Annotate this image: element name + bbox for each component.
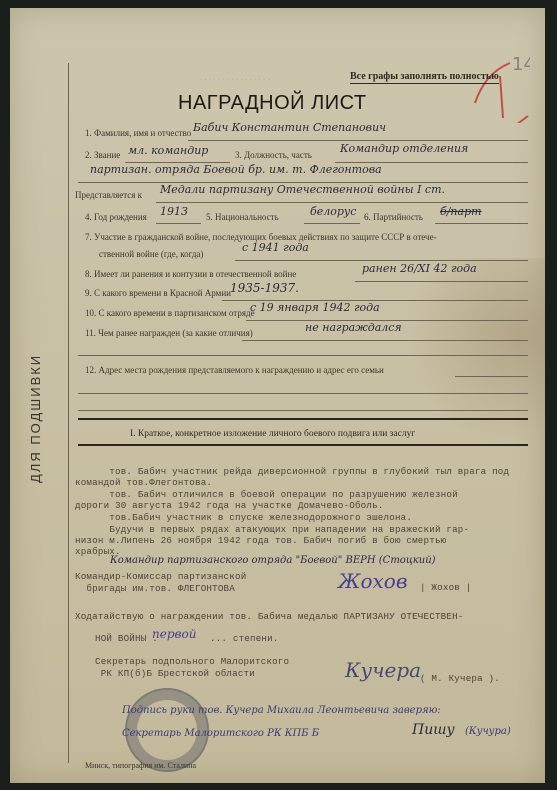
petition-line-1: Ходатайствую о награждении тов. Бабича м… — [75, 611, 464, 622]
fill-all-fields-note: Все графы заполнять полностью — [350, 71, 499, 84]
typed-line: низон м.Липень 26 ноября 1942 года тов. … — [75, 535, 446, 546]
section-heading: I. Краткое, конкретное изложение личного… — [130, 429, 415, 439]
field-1-label: 1. Фамилия, имя и отчество — [85, 128, 191, 138]
commissar-title-1: Командир-Комиссар партизанской — [75, 571, 246, 582]
rule — [78, 393, 528, 394]
field-8-value: ранен 26/XI 42 года — [362, 262, 477, 275]
award-value: Медали партизану Отечественной войны I с… — [160, 183, 445, 196]
red-pencil-mark-icon: 14 — [470, 48, 530, 123]
rule — [455, 376, 528, 377]
petition-line-2-pre: НОЙ ВОЙНЫ . — [95, 633, 158, 644]
field-11-value: не награждался — [305, 321, 402, 334]
field-9-value: 1935-1937. — [230, 281, 299, 295]
certification-signature: Пишу — [412, 722, 455, 738]
secretary-title-2: РК КП(б)Б Брестской области — [95, 668, 255, 679]
field-3-value-cont: партизан. отряда Боевой бр. им. т. Флего… — [90, 163, 382, 176]
field-9-label: 9. С какого времени в Красной Армии — [85, 288, 231, 298]
field-7-label-cont: ственной войне (где, когда) — [99, 249, 203, 259]
field-2-value: мл. командир — [128, 144, 208, 157]
petition-line-2-post: ... степени. — [210, 633, 279, 644]
typed-line: Будучи в первых рядах атакующих при напа… — [75, 524, 469, 535]
rule — [156, 202, 528, 203]
field-11-label: 11. Чем ранее награжден (за какие отличи… — [85, 328, 253, 338]
field-10-value: с 19 января 1942 года — [250, 301, 380, 314]
binding-margin-line — [68, 63, 69, 763]
section-divider-bottom — [78, 444, 528, 446]
secretary-name: ( М. Кучера ). — [420, 673, 500, 684]
field-6-label: 6. Партийность — [364, 212, 423, 222]
rule — [188, 140, 528, 141]
field-1-value: Бабич Константин Степанович — [193, 121, 386, 134]
award-label: Представляется к — [75, 190, 142, 200]
rule — [156, 223, 201, 224]
rule — [355, 281, 528, 282]
rule — [235, 260, 528, 261]
commissar-signature: Жохов — [338, 569, 407, 593]
typed-line: тов. Бабич отличился в боевой операции п… — [75, 489, 458, 500]
commissar-name: | Жохов | — [420, 582, 471, 593]
binding-margin-label: ДЛЯ ПОДШИВКИ — [28, 338, 52, 498]
secretary-title-1: Секретарь подпольного Малоритского — [95, 656, 289, 667]
typed-line: командой тов.Флегонтова. — [75, 477, 212, 488]
printer-imprint: Минск, типография им. Сталина — [85, 761, 196, 770]
faint-header-text: . . . . . . . . . . . . . . . . — [200, 72, 270, 82]
typed-line: дороги 30 августа 1942 года на участке Д… — [75, 500, 384, 511]
rule — [78, 355, 528, 356]
field-5-value: белорус — [310, 205, 356, 218]
section-divider-top — [78, 418, 528, 420]
rule — [242, 340, 528, 341]
award-sheet: ДЛЯ ПОДШИВКИ 14 . . . . . . . . . . . . … — [10, 8, 545, 783]
field-2-label: 2. Звание — [85, 150, 120, 160]
rule — [304, 223, 360, 224]
petition-degree: первой — [152, 627, 196, 641]
rule — [78, 410, 528, 411]
rule — [435, 223, 528, 224]
field-3-value: Командир отделения — [340, 142, 468, 155]
typed-line: тов.Бабич участник в спуске железнодорож… — [75, 512, 412, 523]
commander-handwritten-line: Командир партизанского отряда "Боевой" В… — [110, 555, 436, 566]
certification-name: (Кучура) — [465, 726, 511, 737]
field-4-value: 1913 — [160, 205, 188, 218]
field-3-label: 3. Должность, часть — [235, 150, 312, 160]
commissar-title-2: бригады им.тов. ФЛЕГОНТОВА — [75, 583, 235, 594]
secretary-signature: Кучера — [345, 658, 421, 682]
field-5-label: 5. Национальность — [206, 212, 279, 222]
certification-line-1: Подпись руки тов. Кучера Михаила Леонтье… — [122, 705, 441, 716]
field-4-label: 4. Год рождения — [85, 212, 147, 222]
field-8-label: 8. Имеет ли ранения и контузии в отечест… — [85, 269, 296, 279]
typed-line: тов. Бабич участник рейда диверсионной г… — [75, 466, 509, 477]
certification-line-2: Секретарь Малоритского РК КПБ Б — [122, 728, 319, 739]
field-12-label: 12. Адрес места рождения представляемого… — [85, 365, 384, 375]
field-10-label: 10. С какого времени в партизанском отря… — [85, 308, 255, 318]
field-6-value: б/парт — [440, 205, 482, 218]
document-title: НАГРАДНОЙ ЛИСТ — [178, 92, 367, 115]
svg-text:14: 14 — [512, 54, 530, 75]
field-7-value: с 1941 года — [242, 241, 309, 254]
